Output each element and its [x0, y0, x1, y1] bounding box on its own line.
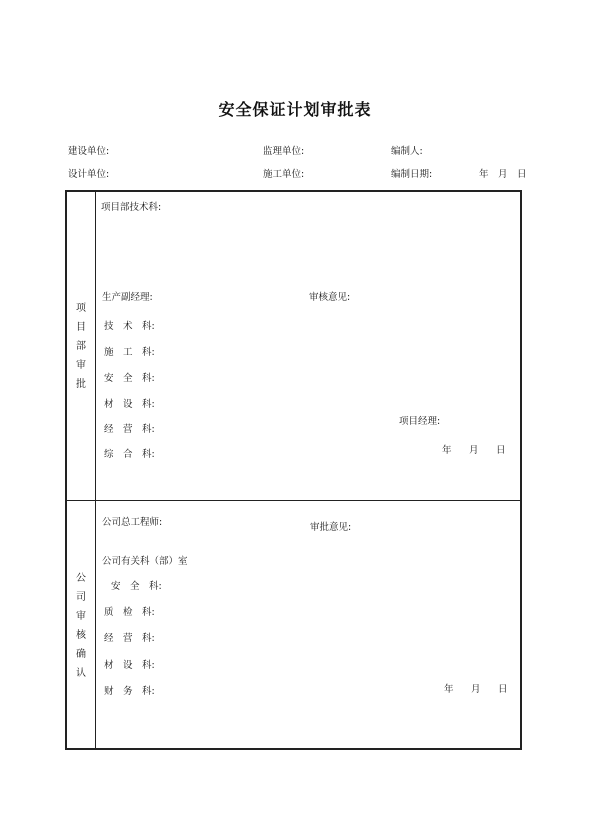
section2-date-placeholder: 年 月 日 — [444, 681, 512, 695]
project-dept-section-side-label: 项目部审批 — [67, 192, 95, 500]
dept-line: 材 设 科: — [104, 657, 155, 671]
chief-engineer-label: 公司总工程师: — [102, 514, 162, 528]
dept-line: 施 工 科: — [104, 344, 155, 358]
header-date-placeholder: 年 月 日 — [479, 166, 527, 180]
construction-unit-label: 建设单位: — [68, 143, 109, 157]
dept-line: 经 营 科: — [104, 630, 155, 644]
company-section-cell: 公司总工程师: 审批意见: 公司有关科（部）室 安 全 科: 质 检 科: 经 … — [97, 500, 520, 752]
table-left-column-divider — [95, 192, 96, 748]
contractor-unit-label: 施工单位: — [263, 166, 304, 180]
deputy-manager-label: 生产副经理: — [102, 289, 153, 303]
page-title: 安全保证计划审批表 — [0, 97, 590, 120]
design-unit-label: 设计单位: — [68, 166, 109, 180]
dept-line: 技 术 科: — [104, 318, 155, 332]
section1-date-placeholder: 年 月 日 — [442, 442, 510, 456]
project-dept-section-cell: 项目部技术科: 生产副经理: 审核意见: 技 术 科: 施 工 科: 安 全 科… — [97, 192, 520, 500]
review-opinion-label: 审核意见: — [309, 289, 350, 303]
dept-line: 材 设 科: — [104, 396, 155, 410]
dept-line: 安 全 科: — [104, 370, 155, 384]
dept-line: 安 全 科: — [111, 578, 162, 592]
approval-opinion-label: 审批意见: — [310, 519, 351, 533]
supervision-unit-label: 监理单位: — [263, 143, 304, 157]
compiler-label: 编制人: — [391, 143, 423, 157]
dept-line: 财 务 科: — [104, 683, 155, 697]
project-manager-label: 项目经理: — [399, 413, 440, 427]
company-section-side-label: 公司审核确认 — [67, 500, 95, 752]
dept-line: 经 营 科: — [104, 421, 155, 435]
dept-line: 综 合 科: — [104, 446, 155, 460]
dept-line: 质 检 科: — [104, 604, 155, 618]
compile-date-label: 编制日期: — [391, 166, 432, 180]
technical-dept-label: 项目部技术科: — [101, 199, 161, 213]
document-page: 安全保证计划审批表 建设单位: 监理单位: 编制人: 设计单位: 施工单位: 编… — [0, 0, 590, 835]
related-depts-label: 公司有关科（部）室 — [102, 553, 188, 567]
approval-table: 项目部审批 项目部技术科: 生产副经理: 审核意见: 技 术 科: 施 工 科:… — [65, 190, 522, 750]
